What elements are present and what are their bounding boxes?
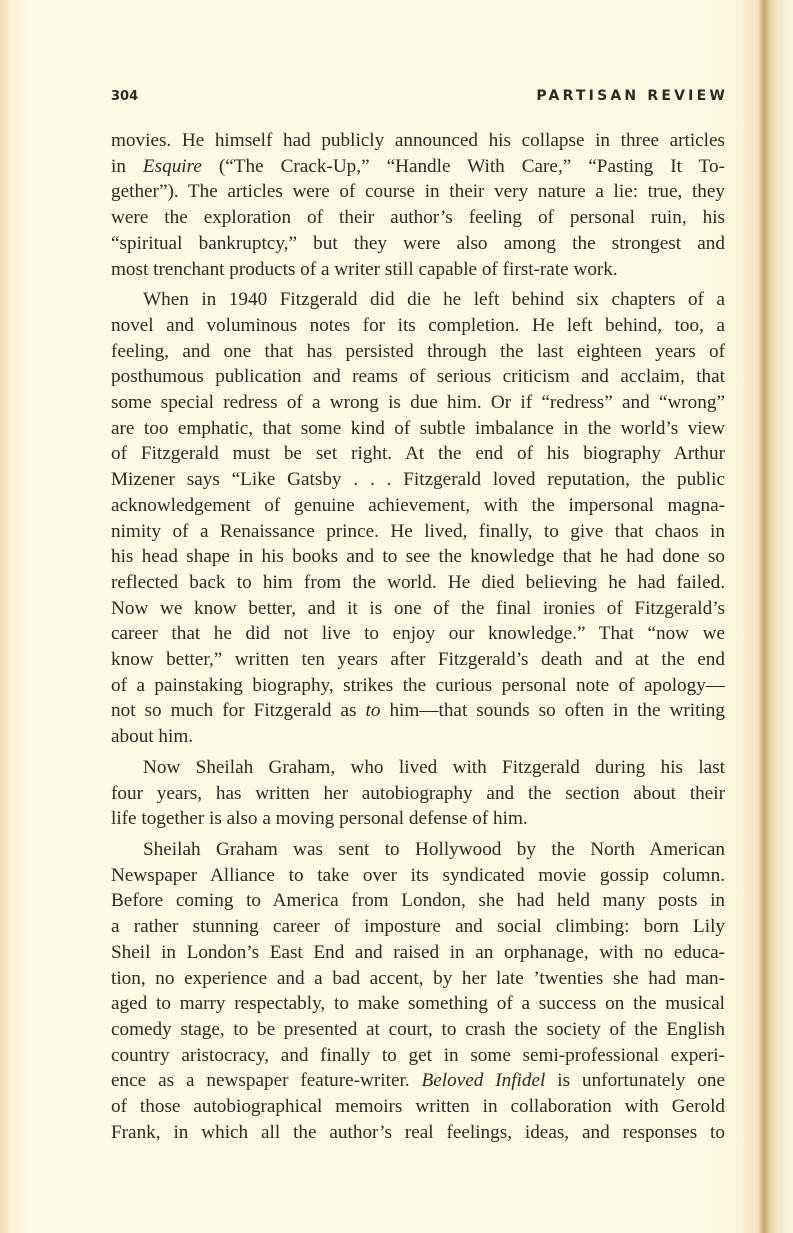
text-line: feeling, and one that has persisted thro… [111,339,725,365]
text-line: Frank, in which all the author’s real fe… [111,1120,725,1146]
text-line: a rather stunning career of imposture an… [111,914,725,940]
paragraph: movies. He himself had publicly announce… [111,128,725,282]
body-text: movies. He himself had publicly announce… [111,128,725,1145]
text-line: tion, no experience and a bad accent, by… [111,966,725,992]
text-line: were the exploration of their author’s f… [111,205,725,231]
text-line: nimity of a Renaissance prince. He lived… [111,519,725,545]
text-line: acknowledgement of genuine achievement, … [111,493,725,519]
text-line: Mizener says “Like Gatsby . . . Fitzgera… [111,467,725,493]
text-line: comedy stage, to be presented at court, … [111,1017,725,1043]
text-line: When in 1940 Fitzgerald did die he left … [111,287,725,313]
text-line: about him. [111,724,725,750]
text-line: career that he did not live to enjoy our… [111,621,725,647]
page-header: 304 PARTISAN REVIEW [111,88,725,108]
book-page: 304 PARTISAN REVIEW movies. He himself h… [0,0,793,1233]
italic-title: Beloved Infidel [422,1070,546,1091]
text-line: “spiritual bankruptcy,” but they were al… [111,231,725,257]
text-line: novel and voluminous notes for its compl… [111,313,725,339]
paragraph: Now Sheilah Graham, who lived with Fitzg… [111,755,725,832]
text-line: not so much for Fitzgerald as to him—tha… [111,698,725,724]
text-line: movies. He himself had publicly announce… [111,128,725,154]
text-line: posthumous publication and reams of seri… [111,364,725,390]
text-line: Sheilah Graham was sent to Hollywood by … [111,837,725,863]
text-line: country aristocracy, and finally to get … [111,1043,725,1069]
text-line: Sheil in London’s East End and raised in… [111,940,725,966]
text-line: are too emphatic, that some kind of subt… [111,416,725,442]
italic-title: to [366,700,381,721]
text-line: of a painstaking biography, strikes the … [111,673,725,699]
paragraph: When in 1940 Fitzgerald did die he left … [111,287,725,750]
text-line: his head shape in his books and to see t… [111,544,725,570]
text-line: know better,” written ten years after Fi… [111,647,725,673]
text-line: of those autobiographical memoirs writte… [111,1094,725,1120]
running-head: PARTISAN REVIEW [536,88,728,104]
italic-title: Esquire [143,156,202,177]
text-line: reflected back to him from the world. He… [111,570,725,596]
text-line: in Esquire (“The Crack-Up,” “Handle With… [111,154,725,180]
text-line: Now we know better, and it is one of the… [111,596,725,622]
text-line: of Fitzgerald must be set right. At the … [111,441,725,467]
text-line: ence as a newspaper feature-writer. Belo… [111,1068,725,1094]
text-line: gether”). The articles were of course in… [111,179,725,205]
paragraph: Sheilah Graham was sent to Hollywood by … [111,837,725,1145]
text-line: Now Sheilah Graham, who lived with Fitzg… [111,755,725,781]
text-line: aged to marry respectably, to make somet… [111,991,725,1017]
text-line: Newspaper Alliance to take over its synd… [111,863,725,889]
page-number: 304 [111,89,138,104]
text-line: Before coming to America from London, sh… [111,888,725,914]
text-line: life together is also a moving personal … [111,806,725,832]
text-line: four years, has written her autobiograph… [111,781,725,807]
text-line: some special redress of a wrong is due h… [111,390,725,416]
text-line: most trenchant products of a writer stil… [111,257,725,283]
